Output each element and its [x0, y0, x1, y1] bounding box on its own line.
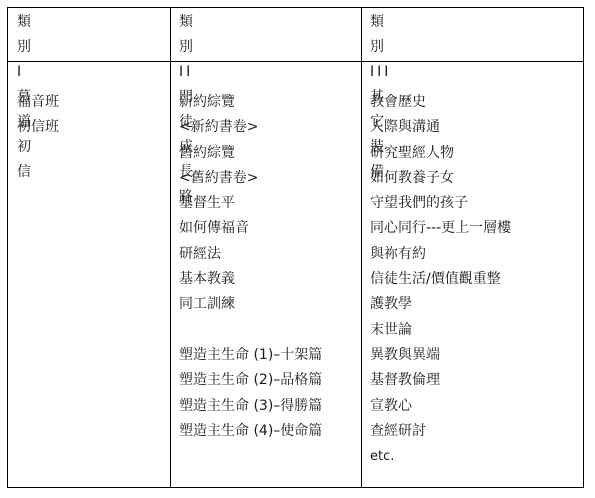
column-divider-2 — [361, 8, 362, 487]
list-item: 塑造主生命 (1)–十架篇 — [179, 343, 322, 368]
header-divider — [8, 61, 583, 62]
list-item: 守望我們的孩子 — [370, 191, 511, 216]
list-item: 研經法 — [179, 242, 322, 267]
list-item: 初信班 — [17, 115, 59, 140]
list-item: 福音班 — [17, 90, 59, 115]
list-item: 同心同行---更上一層樓 — [370, 216, 511, 241]
list-item: <新約書卷> — [179, 115, 322, 140]
list-item: 塑造主生命 (3)–得勝篇 — [179, 394, 322, 419]
list-item: 異教與異端 — [370, 343, 511, 368]
list-item: 如何傳福音 — [179, 216, 322, 241]
list-item: 教會歷史 — [370, 90, 511, 115]
list-item: 同工訓練 — [179, 292, 322, 317]
column-3-category: 類別 III — [370, 10, 391, 85]
list-item: 如何教養子女 — [370, 166, 511, 191]
column-2-items: 新約綜覽 <新約書卷> 舊約綜覽 <舊約書卷> 基督生平 如何傳福音 研經法 基… — [179, 90, 322, 444]
list-item: 塑造主生命 (2)–品格篇 — [179, 368, 322, 393]
list-item-etc: etc. — [370, 444, 511, 469]
list-item: 信徒生活/價值觀重整 — [370, 267, 511, 292]
list-item: 人際與溝通 — [370, 115, 511, 140]
column-1-items: 福音班 初信班 — [17, 90, 59, 141]
course-table: 類別 I 慕道初信 福音班 初信班 類別 II 門徒成長路 新約綜覽 <新約書卷… — [7, 7, 584, 488]
column-2-category: 類別 II — [179, 10, 196, 85]
list-item: 基本教義 — [179, 267, 322, 292]
spacer — [179, 318, 322, 343]
column-divider-1 — [170, 8, 171, 487]
list-item: <舊約書卷> — [179, 166, 322, 191]
list-item: 與祢有約 — [370, 242, 511, 267]
list-item: 查經研討 — [370, 419, 511, 444]
list-item: 宣教心 — [370, 394, 511, 419]
list-item: 護教學 — [370, 292, 511, 317]
list-item: 舊約綜覽 — [179, 141, 322, 166]
list-item: 基督生平 — [179, 191, 322, 216]
column-3-items: 教會歷史 人際與溝通 研究聖經人物 如何教養子女 守望我們的孩子 同心同行---… — [370, 90, 511, 469]
list-item: 基督教倫理 — [370, 368, 511, 393]
list-item: 塑造主生命 (4)–使命篇 — [179, 419, 322, 444]
column-1-category: 類別 I — [17, 10, 34, 85]
list-item: 末世論 — [370, 318, 511, 343]
list-item: 研究聖經人物 — [370, 141, 511, 166]
list-item: 新約綜覽 — [179, 90, 322, 115]
